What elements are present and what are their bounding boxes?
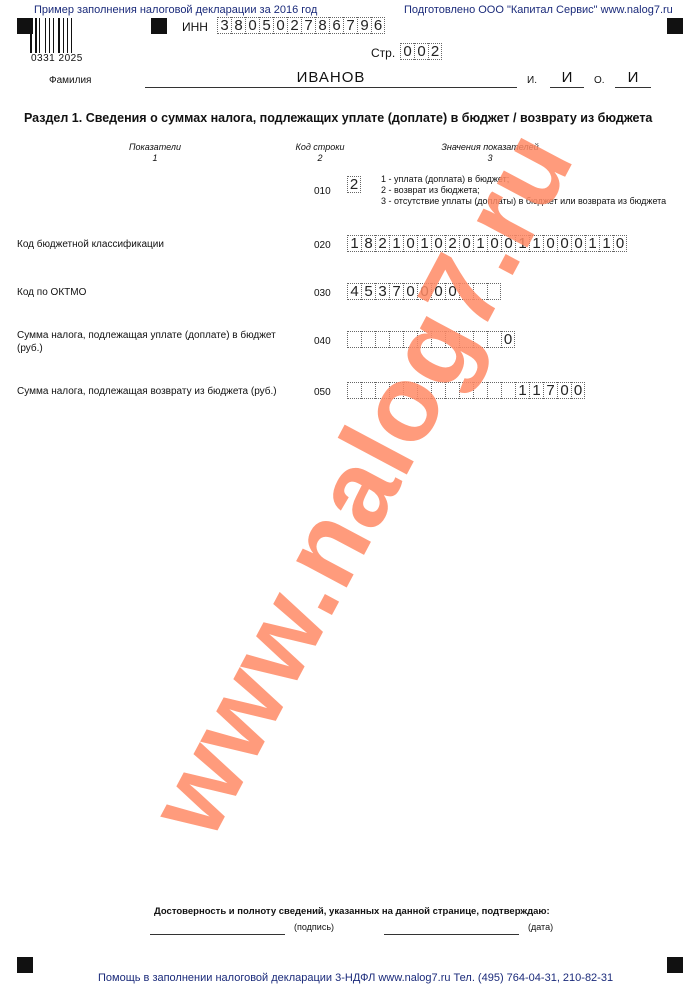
inn-cell[interactable]: 0 [245,17,259,34]
page-label: Стр. [371,46,395,60]
inn-cell[interactable]: 8 [231,17,245,34]
inn-cell[interactable]: 2 [287,17,301,34]
kbk-cell[interactable]: 2 [375,235,389,252]
oktmo-cell[interactable]: 5 [361,283,375,300]
corner-marker-bottom-left [17,957,33,973]
payment-type-field[interactable]: 2 [347,176,361,193]
page-cell[interactable]: 0 [414,43,428,60]
signature-label: (подпись) [294,922,334,932]
page-number-field[interactable]: 002 [400,43,442,60]
inn-cell[interactable]: 8 [315,17,329,34]
column-header-label: Показатели [110,142,200,153]
inn-label: ИНН [182,20,208,34]
line-code-040: 040 [314,336,331,347]
kbk-cell[interactable]: 8 [361,235,375,252]
inn-cell[interactable]: 7 [301,17,315,34]
refund-cell[interactable]: 1 [529,382,543,399]
payment-type-cell[interactable]: 2 [347,176,361,193]
watermark: www.nalog7.ru [0,420,700,550]
barcode-number: 0331 2025 [30,53,84,64]
date-field[interactable] [384,921,519,935]
surname-label: Фамилия [49,75,91,86]
surname-field[interactable]: ИВАНОВ [145,70,517,88]
kbk-cell[interactable]: 1 [389,235,403,252]
page-cell[interactable]: 0 [400,43,414,60]
inn-cell[interactable]: 3 [217,17,231,34]
kbk-cell[interactable]: 0 [613,235,627,252]
kbk-label: Код бюджетной классификации [17,239,164,250]
date-label: (дата) [528,922,553,932]
corner-marker-top-right [667,18,683,34]
inn-cell[interactable]: 7 [343,17,357,34]
payable-cell[interactable] [347,331,361,348]
kbk-cell[interactable]: 0 [571,235,585,252]
oktmo-cell[interactable]: 4 [347,283,361,300]
corner-marker-top-mid [151,18,167,34]
inn-cell[interactable]: 5 [259,17,273,34]
tax-refund-label: Сумма налога, подлежащая возврату из бюд… [17,386,277,397]
column-header-indicators: Показатели 1 [110,142,200,164]
column-header-label: Код строки [280,142,360,153]
page-cell[interactable]: 2 [428,43,442,60]
inn-cell[interactable]: 6 [329,17,343,34]
refund-cell[interactable]: 0 [557,382,571,399]
kbk-cell[interactable]: 1 [347,235,361,252]
inn-cell[interactable]: 0 [273,17,287,34]
column-header-num: 2 [280,153,360,164]
line-code-010: 010 [314,186,331,197]
refund-cell[interactable]: 7 [543,382,557,399]
oktmo-label: Код по ОКТМО [17,287,86,298]
column-header-line-code: Код строки 2 [280,142,360,164]
corner-marker-bottom-right [667,957,683,973]
inn-cell[interactable]: 6 [371,17,385,34]
refund-cell[interactable]: 0 [571,382,585,399]
line-code-020: 020 [314,240,331,251]
line-code-050: 050 [314,387,331,398]
kbk-cell[interactable]: 1 [585,235,599,252]
refund-cell[interactable] [487,382,501,399]
banner-left: Пример заполнения налоговой декларации з… [34,4,317,16]
refund-cell[interactable] [501,382,515,399]
signature-field[interactable] [150,921,285,935]
line-code-030: 030 [314,288,331,299]
kbk-cell[interactable]: 1 [599,235,613,252]
confirmation-text: Достоверность и полноту сведений, указан… [154,906,550,917]
tax-payable-label: Сумма налога, подлежащая уплате (доплате… [17,329,297,355]
footer-text: Помощь в заполнении налоговой декларации… [98,972,613,984]
refund-cell[interactable]: 1 [515,382,529,399]
inn-cell[interactable]: 9 [357,17,371,34]
inn-field[interactable]: 380502786796 [217,17,385,34]
column-header-num: 1 [110,153,200,164]
